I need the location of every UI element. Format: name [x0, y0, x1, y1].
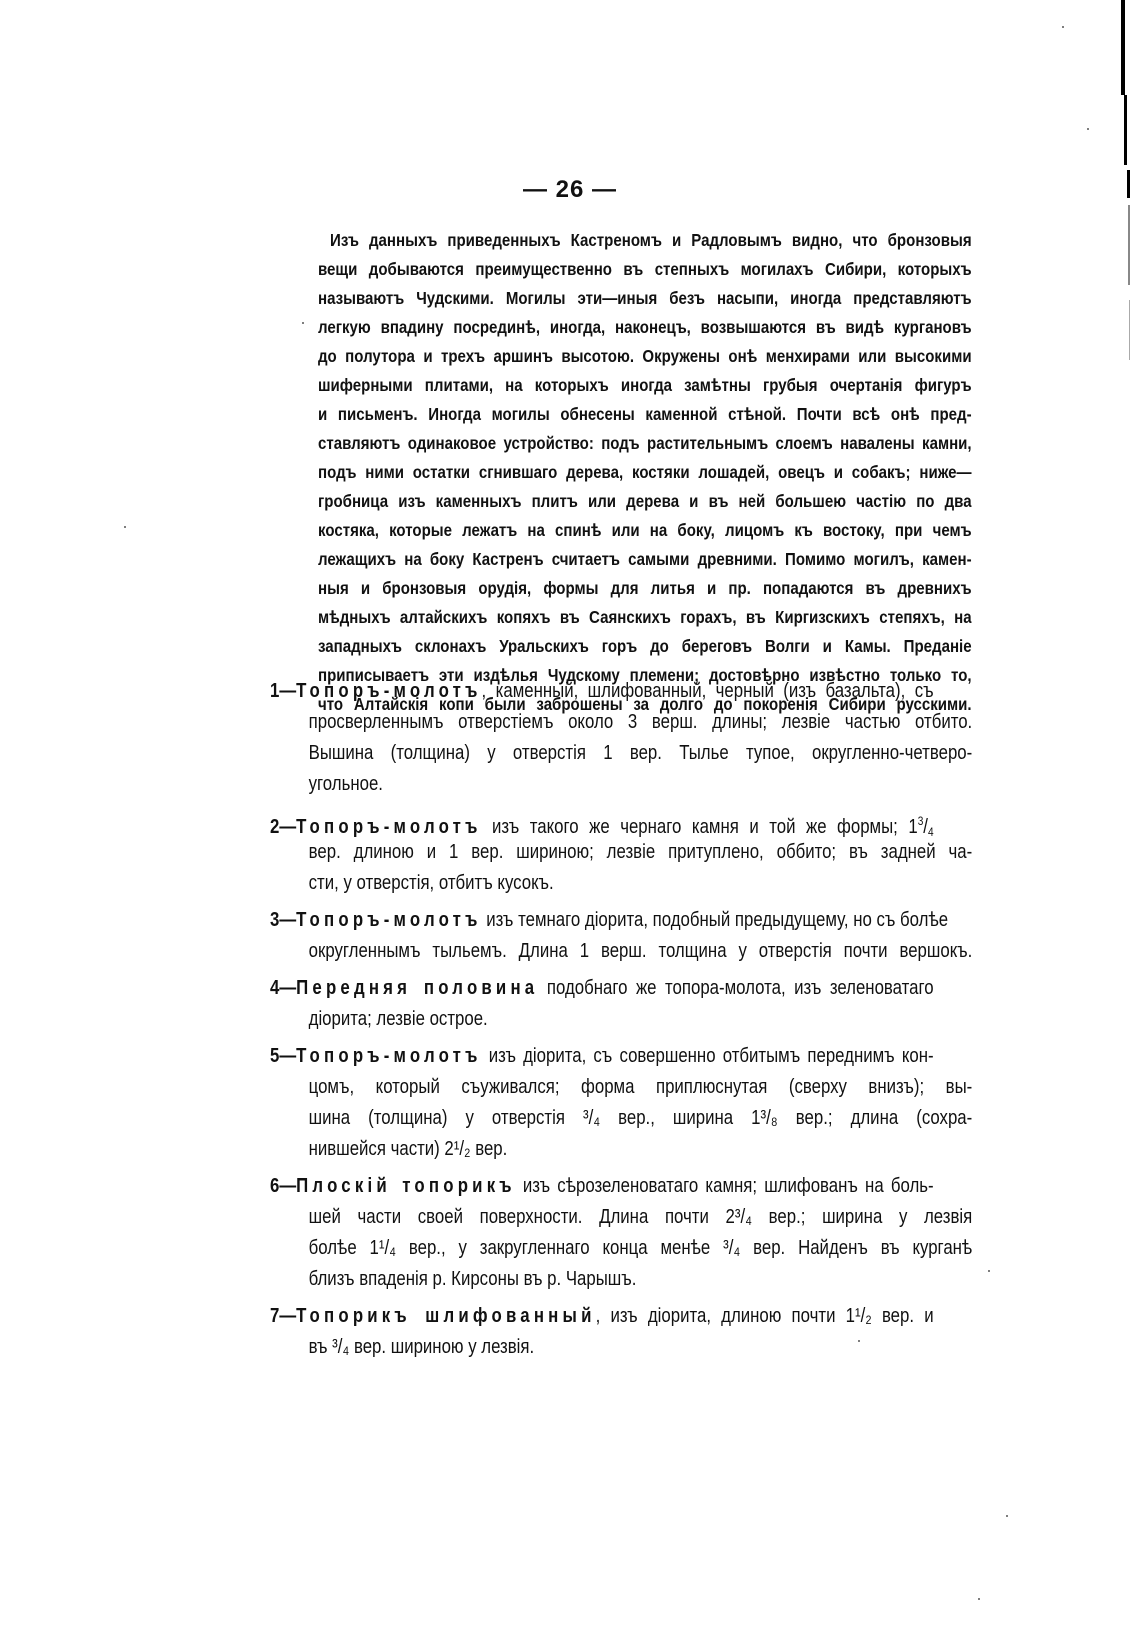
- item-text: изъ сѣрозеленоватаго камня; шлифованъ на…: [516, 1175, 934, 1197]
- catalog-item-6: 6—Плоскій топорикъ изъ сѣрозеленоватаго …: [270, 1171, 980, 1295]
- scan-speck: [858, 1340, 860, 1342]
- scan-speck: [1006, 1515, 1008, 1517]
- catalog-item-2: 2—Топоръ-молотъ изъ такого же чернаго ка…: [270, 806, 980, 899]
- catalog-item-3: 3—Топоръ-молотъ изъ темнаго діорита, под…: [270, 905, 980, 967]
- catalog-item-5: 5—Топоръ-молотъ изъ діорита, съ совершен…: [270, 1041, 980, 1165]
- item-heading: Топоръ-молотъ: [296, 816, 481, 838]
- intro-line: вещи добываются преимущественно въ степн…: [318, 255, 972, 284]
- intro-line: костяка, которые лежатъ на спинѣ или на …: [318, 516, 972, 545]
- item-line: близъ впаденія р. Кирсоны въ р. Чарышъ.: [270, 1264, 972, 1295]
- intro-line: лежащихъ на боку Кастренъ считаетъ самым…: [318, 545, 972, 574]
- intro-line: подъ ними остатки сгнившаго дерева, кост…: [318, 458, 972, 487]
- catalog-item-7: 7—Топорикъ шлифованный, изъ діорита, дли…: [270, 1301, 980, 1363]
- document-page: — 26 — Изъ данныхъ приведенныхъ Кастрено…: [0, 0, 1140, 1626]
- item-first-line: 4—Передняя половина подобнаго же топора-…: [270, 973, 934, 1004]
- intro-line: и письменъ. Иногда могилы обнесены камен…: [318, 400, 972, 429]
- intro-line: Изъ данныхъ приведенныхъ Кастреномъ и Ра…: [318, 226, 972, 255]
- item-heading: Топорикъ шлифованный: [296, 1305, 595, 1327]
- scan-edge-line: [1129, 300, 1130, 360]
- item-line: нившейся части) 2¹/₂ вер.: [270, 1134, 972, 1165]
- item-heading: Топоръ-молотъ: [296, 1045, 481, 1067]
- item-first-line: 6—Плоскій топорикъ изъ сѣрозеленоватаго …: [270, 1171, 934, 1202]
- catalog-item-1: 1—Топоръ-молотъ, каменный, шлифованный, …: [270, 676, 980, 800]
- scan-edge-line: [1127, 170, 1130, 198]
- fraction-numerator: 3: [918, 814, 924, 828]
- item-first-line: 7—Топорикъ шлифованный, изъ діорита, дли…: [270, 1301, 934, 1332]
- intro-line: называютъ Чудскими. Могилы эти—иныя безъ…: [318, 284, 972, 313]
- item-number: 6—: [270, 1175, 296, 1197]
- scan-speck: [988, 1270, 990, 1272]
- item-text: подобнаго же топора-молота, изъ зеленова…: [538, 977, 933, 999]
- item-line: шина (толщина) у отверстія ³/₄ вер., шир…: [270, 1103, 972, 1134]
- item-line: сти, у отверстія, отбитъ кусокъ.: [270, 868, 972, 899]
- item-line: просверленнымъ отверстіемъ около 3 верш.…: [270, 707, 972, 738]
- item-number: 3—: [270, 909, 296, 931]
- item-number: 2—: [270, 816, 296, 838]
- intro-line: до полутора и трехъ аршинъ высотою. Окру…: [318, 342, 972, 371]
- intro-line: ныя и бронзовыя орудія, формы для литья …: [318, 574, 972, 603]
- item-line: цомъ, который съуживался; форма приплюсн…: [270, 1072, 972, 1103]
- intro-line: легкую впадину посрединѣ, иногда, наконе…: [318, 313, 972, 342]
- item-heading: Передняя половина: [296, 977, 538, 999]
- intro-line: гробница изъ каменныхъ плитъ или дерева …: [318, 487, 972, 516]
- item-text: изъ діорита, съ совершенно отбитымъ пере…: [482, 1045, 934, 1067]
- item-line: болѣе 1¹/₄ вер., у закругленнаго конца м…: [270, 1233, 972, 1264]
- item-line: въ ³/₄ вер. шириною у лезвія.: [270, 1332, 972, 1363]
- item-heading: Плоскій топорикъ: [296, 1175, 516, 1197]
- item-first-line: 1—Топоръ-молотъ, каменный, шлифованный, …: [270, 676, 934, 707]
- item-line: округленнымъ тыльемъ. Длина 1 верш. толщ…: [270, 936, 972, 967]
- item-number: 5—: [270, 1045, 296, 1067]
- item-text: изъ темнаго діорита, подобный предыдущем…: [482, 909, 949, 931]
- scan-speck: [1087, 128, 1089, 130]
- item-text: , изъ діорита, длиною почти 1¹/₂ вер. и: [596, 1305, 934, 1327]
- scan-speck: [1062, 26, 1064, 28]
- item-line: угольное.: [270, 769, 972, 800]
- item-line: шей части своей поверхности. Длина почти…: [270, 1202, 972, 1233]
- catalog-list: 1—Топоръ-молотъ, каменный, шлифованный, …: [270, 676, 980, 1369]
- item-number: 4—: [270, 977, 296, 999]
- item-number: 7—: [270, 1305, 296, 1327]
- intro-line: шиферными плитами, на которыхъ иногда за…: [318, 371, 972, 400]
- intro-line: западныхъ склонахъ Уральскихъ горъ до бе…: [318, 632, 972, 661]
- scan-edge-line: [1128, 205, 1130, 285]
- item-text: изъ такого же чернаго камня и той же фор…: [482, 816, 918, 838]
- intro-paragraph: Изъ данныхъ приведенныхъ Кастреномъ и Ра…: [318, 226, 972, 719]
- item-heading: Топоръ-молотъ: [296, 680, 481, 702]
- intro-line: мѣдныхъ алтайскихъ копяхъ въ Саянскихъ г…: [318, 603, 972, 632]
- scan-speck: [124, 526, 126, 528]
- item-heading: Топоръ-молотъ: [296, 909, 481, 931]
- scan-speck: [978, 1598, 980, 1600]
- item-first-line: 3—Топоръ-молотъ изъ темнаго діорита, под…: [270, 905, 934, 936]
- scan-edge-line: [1121, 0, 1125, 95]
- scan-edge-line: [1124, 95, 1127, 165]
- page-number: — 26 —: [0, 176, 1140, 204]
- item-first-line: 2—Топоръ-молотъ изъ такого же чернаго ка…: [270, 806, 934, 837]
- scan-speck: [302, 322, 304, 324]
- item-text: , каменный, шлифованный, черный (изъ баз…: [482, 680, 934, 702]
- intro-line: ставляютъ одинаковое устройство: подъ ра…: [318, 429, 972, 458]
- item-line: діорита; лезвіе острое.: [270, 1004, 972, 1035]
- item-number: 1—: [270, 680, 296, 702]
- item-line: Вышина (толщина) у отверстія 1 вер. Тыль…: [270, 738, 972, 769]
- catalog-item-4: 4—Передняя половина подобнаго же топора-…: [270, 973, 980, 1035]
- item-line: вер. длиною и 1 вер. шириною; лезвіе при…: [270, 837, 972, 868]
- item-first-line: 5—Топоръ-молотъ изъ діорита, съ совершен…: [270, 1041, 934, 1072]
